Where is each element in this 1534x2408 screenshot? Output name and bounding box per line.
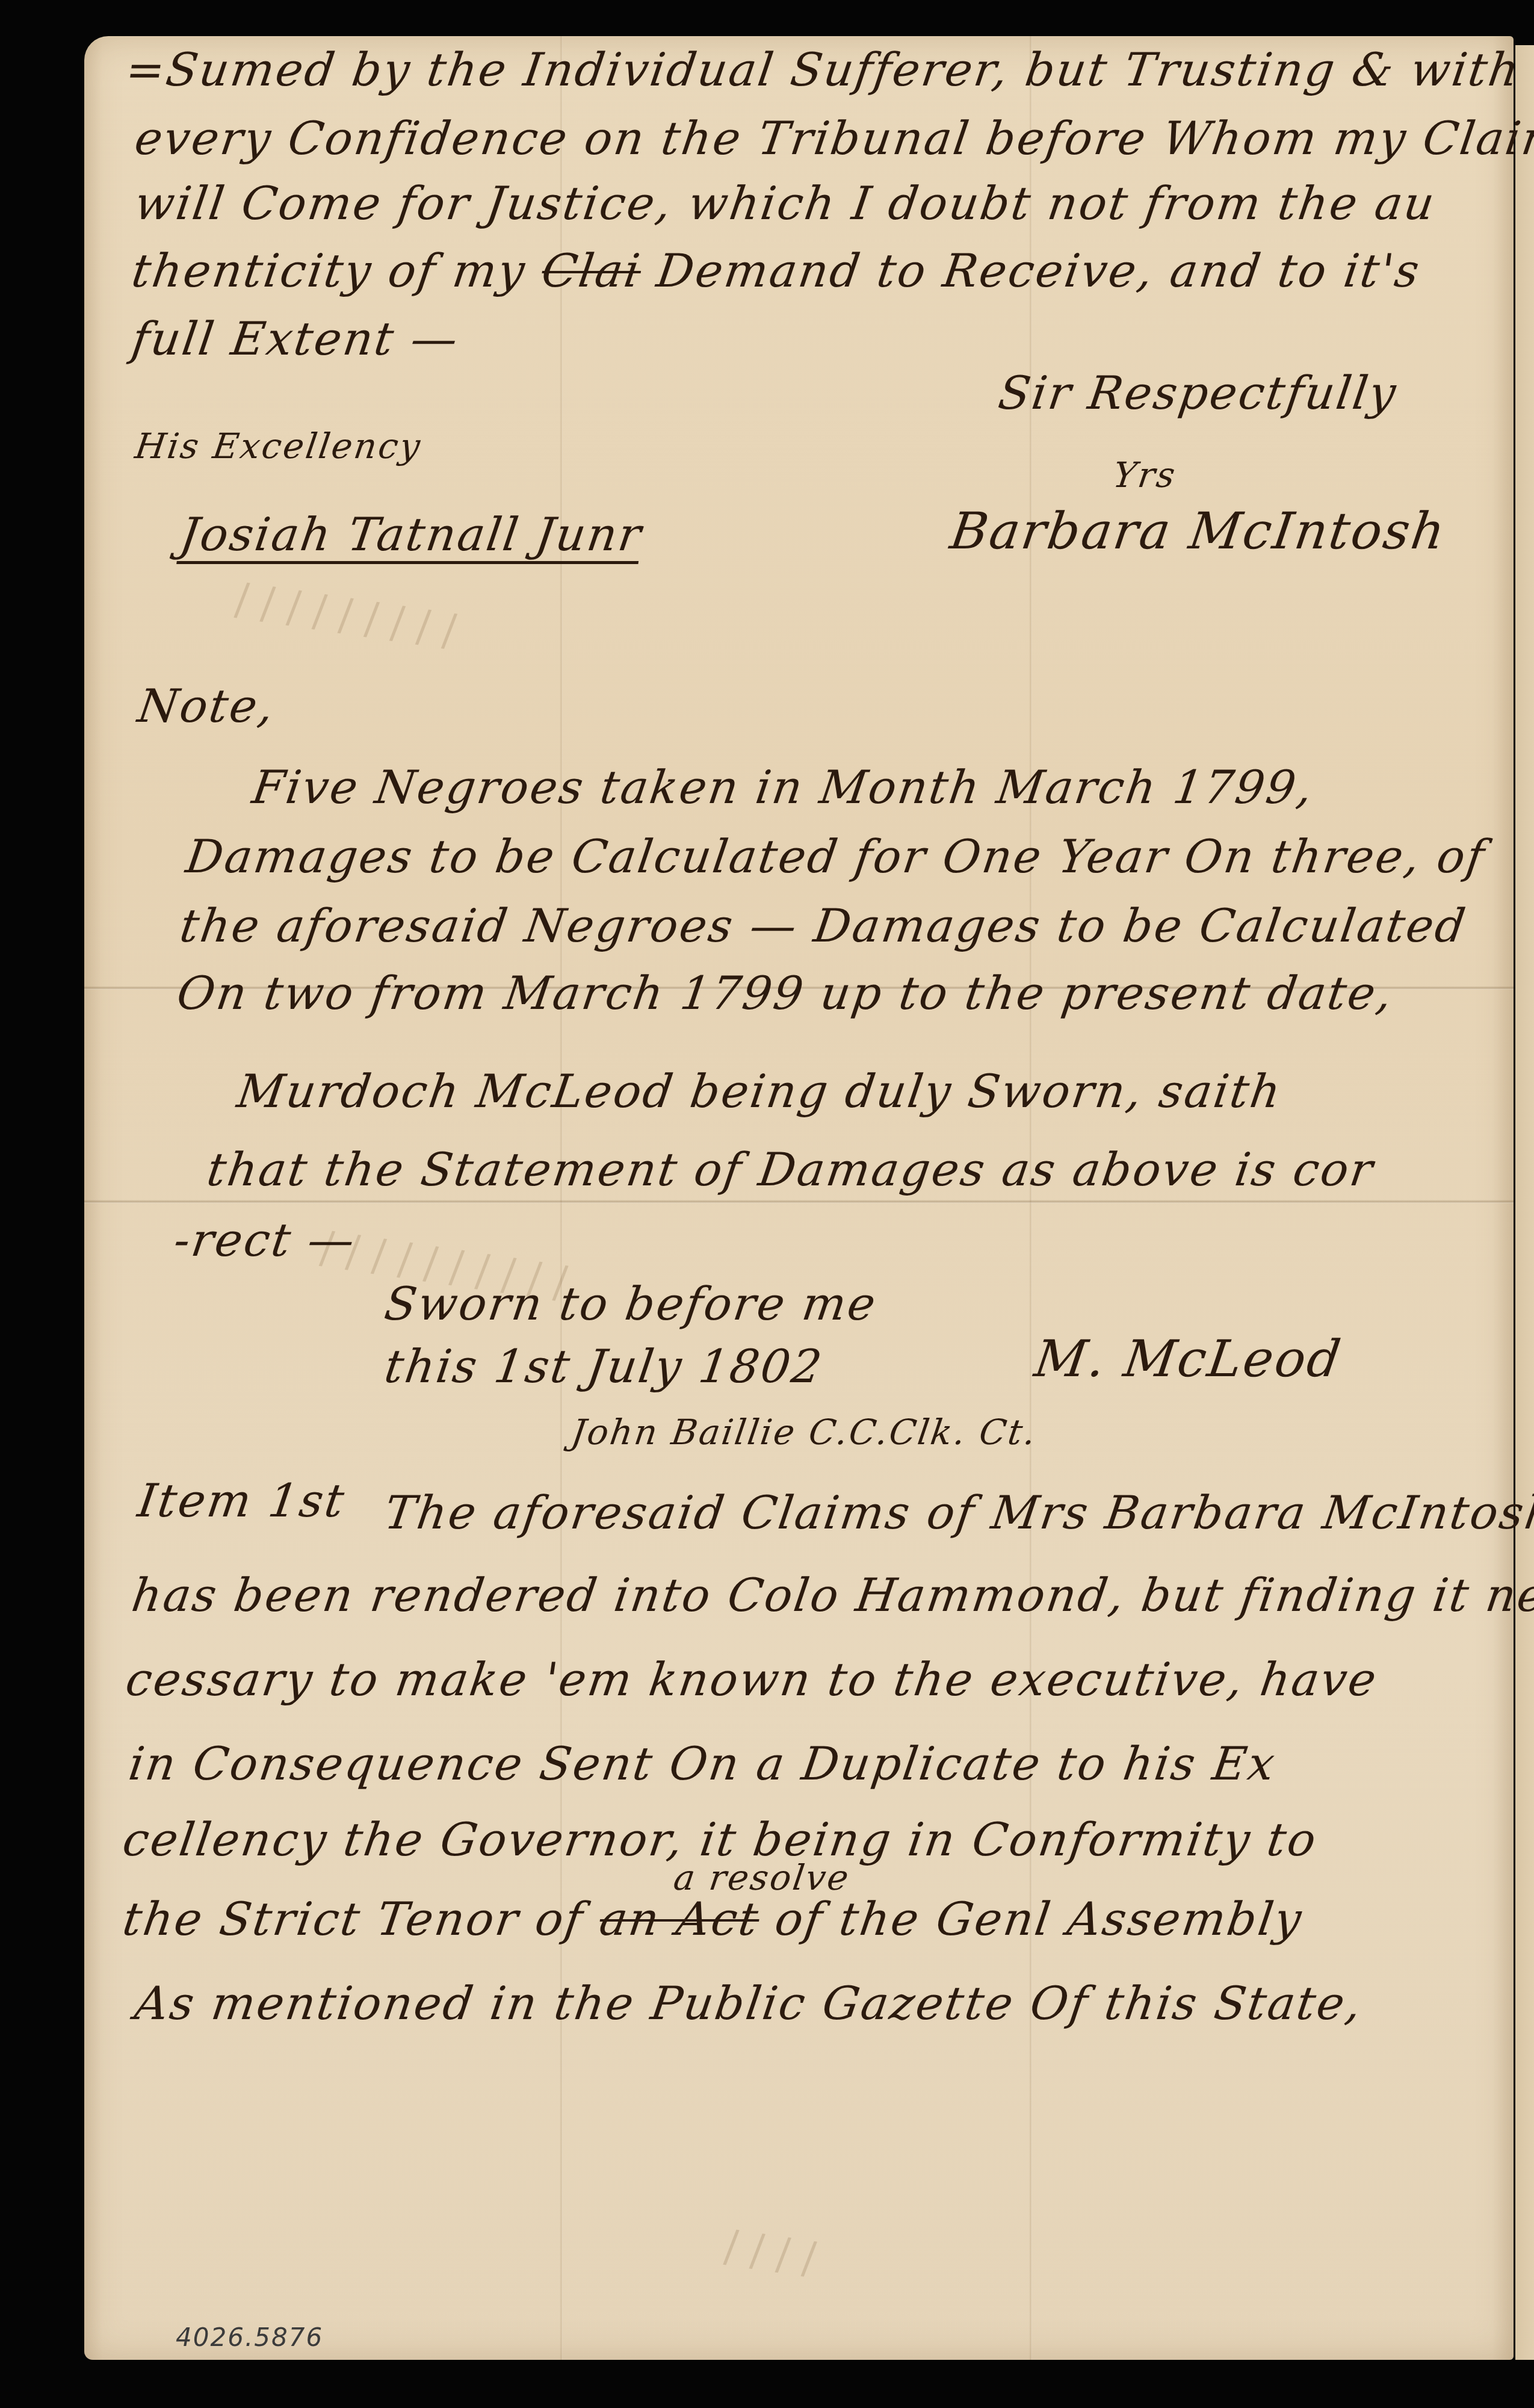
- body-line: =Sumed by the Individual Sufferer, but T…: [123, 47, 1524, 93]
- affidavit-line: Murdoch McLeod being duly Sworn, saith: [235, 1069, 1285, 1114]
- insertion-text: a resolve: [672, 1860, 853, 1895]
- item-line: cellency the Governor, it being in Confo…: [120, 1817, 1320, 1863]
- note-line: On two from March 1799 up to the present…: [175, 970, 1397, 1016]
- signature-barbara-mcintosh: Barbara McIntosh: [947, 506, 1449, 556]
- clerk-signature: John Baillie C.C.Clk. Ct.: [569, 1415, 1039, 1450]
- adjacent-page-edge: [1515, 45, 1534, 2360]
- signature-m-mcleod: M. McLeod: [1031, 1333, 1345, 1384]
- note-line: the aforesaid Negroes — Damages to be Ca…: [178, 903, 1470, 949]
- body-line-part: thenticity of my: [129, 244, 530, 297]
- closing-salutation: Sir Respectfully: [996, 370, 1400, 416]
- note-line: Five Negroes taken in Month March 1799,: [250, 765, 1317, 810]
- item-line: The aforesaid Claims of Mrs Barbara McIn…: [382, 1490, 1534, 1536]
- affidavit-line: -rect —: [172, 1217, 359, 1263]
- item-line: As mentioned in the Public Gazette Of th…: [132, 1981, 1366, 2026]
- item-line-part: of the Genl Assembly: [772, 1892, 1307, 1946]
- affidavit-line: that the Statement of Damages as above i…: [205, 1147, 1378, 1193]
- item-label: Item 1st: [135, 1478, 348, 1524]
- body-line: thenticity of my Clai Demand to Receive,…: [129, 248, 1424, 294]
- horizontal-fold-crease: [84, 1200, 1514, 1203]
- body-line-part: Demand to Receive, and to it's: [654, 244, 1424, 297]
- addressee-name: Josiah Tatnall Junr: [178, 512, 646, 557]
- note-heading: Note,: [135, 683, 279, 729]
- body-line: full Extent —: [129, 316, 462, 362]
- item-line: has been rendered into Colo Hammond, but…: [129, 1572, 1534, 1618]
- closing-yours: Yrs: [1111, 458, 1179, 492]
- item-line-part: the Strict Tenor of: [120, 1892, 587, 1946]
- item-line: the Strict Tenor of an Act of the Genl A…: [120, 1896, 1306, 1942]
- addressee-title: His Excellency: [133, 429, 424, 464]
- note-line: Damages to be Calculated for One Year On…: [184, 834, 1489, 880]
- catalog-number: 4026.5876: [176, 2323, 323, 2352]
- item-line: cessary to make 'em known to the executi…: [123, 1657, 1381, 1702]
- struck-word: Clai: [539, 244, 645, 297]
- sworn-line: Sworn to before me: [382, 1281, 880, 1327]
- struck-words: an Act: [596, 1892, 763, 1946]
- item-line: in Consequence Sent On a Duplicate to hi…: [126, 1741, 1279, 1787]
- body-line: will Come for Justice, which I doubt not…: [132, 181, 1439, 226]
- sworn-date: this 1st July 1802: [382, 1344, 826, 1389]
- body-line: every Confidence on the Tribunal before …: [132, 116, 1534, 161]
